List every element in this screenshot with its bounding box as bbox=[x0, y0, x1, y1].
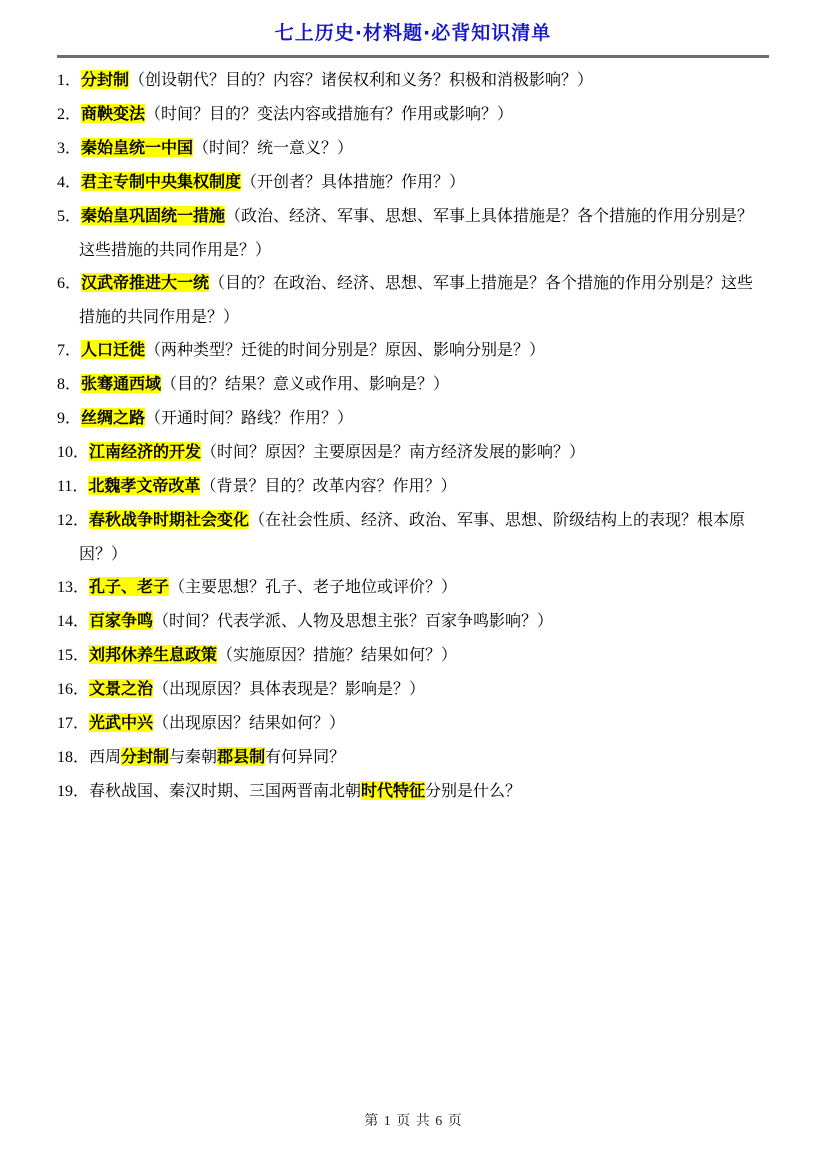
item-number: 9． bbox=[57, 410, 81, 427]
highlighted-term: 百家争鸣 bbox=[89, 611, 153, 630]
question-text: （背景？目的？改革内容？作用？） bbox=[200, 476, 456, 495]
list-item: 9．丝绸之路（开通时间？路线？作用？） bbox=[57, 401, 769, 435]
question-text: （创设朝代？目的？内容？诸侯权利和义务？积极和消极影响？） bbox=[129, 70, 593, 89]
list-item: 10．江南经济的开发（时间？原因？主要原因是？南方经济发展的影响？） bbox=[57, 435, 769, 469]
list-item: 8．张骞通西域（目的？结果？意义或作用、影响是？） bbox=[57, 367, 769, 401]
page-content: 七上历史·材料题·必背知识清单 1．分封制（创设朝代？目的？内容？诸侯权利和义务… bbox=[0, 0, 827, 808]
question-text: （出现原因？结果如何？） bbox=[153, 713, 345, 732]
highlighted-term: 汉武帝推进大一统 bbox=[81, 273, 209, 292]
highlighted-term: 分封制 bbox=[81, 70, 129, 89]
list-item: 16．文景之治（出现原因？具体表现是？影响是？） bbox=[57, 672, 769, 706]
question-text: （时间？原因？主要原因是？南方经济发展的影响？） bbox=[201, 442, 585, 461]
question-text: 分别是什么？ bbox=[425, 781, 521, 800]
highlighted-term: 江南经济的开发 bbox=[89, 442, 201, 461]
question-text: （目的？结果？意义或作用、影响是？） bbox=[161, 374, 449, 393]
item-number: 3． bbox=[57, 140, 81, 157]
list-item: 19．春秋战国、秦汉时期、三国两晋南北朝时代特征分别是什么？ bbox=[57, 774, 769, 808]
question-text: （时间？目的？变法内容或措施有？作用或影响？） bbox=[145, 104, 513, 123]
item-number: 1． bbox=[57, 72, 81, 89]
list-item: 5．秦始皇巩固统一措施（政治、经济、军事、思想、军事上具体措施是？各个措施的作用… bbox=[57, 199, 769, 266]
question-text: 有何异同？ bbox=[265, 747, 345, 766]
question-text: （时间？代表学派、人物及思想主张？百家争鸣影响？） bbox=[153, 611, 553, 630]
item-number: 12． bbox=[57, 512, 89, 529]
question-text: 西周 bbox=[89, 747, 121, 766]
list-item: 17．光武中兴（出现原因？结果如何？） bbox=[57, 706, 769, 740]
page-title: 七上历史·材料题·必背知识清单 bbox=[57, 20, 769, 46]
list-item: 13．孔子、老子（主要思想？孔子、老子地位或评价？） bbox=[57, 570, 769, 604]
highlighted-term: 秦始皇巩固统一措施 bbox=[81, 206, 225, 225]
highlighted-term: 刘邦休养生息政策 bbox=[89, 645, 217, 664]
item-number: 13． bbox=[57, 579, 89, 596]
question-text: （出现原因？具体表现是？影响是？） bbox=[153, 679, 425, 698]
list-item: 15．刘邦休养生息政策（实施原因？措施？结果如何？） bbox=[57, 638, 769, 672]
highlighted-term: 春秋战争时期社会变化 bbox=[89, 510, 249, 529]
highlighted-term: 商鞅变法 bbox=[81, 104, 145, 123]
item-number: 17． bbox=[57, 715, 89, 732]
item-number: 16． bbox=[57, 681, 89, 698]
list-item: 11．北魏孝文帝改革（背景？目的？改革内容？作用？） bbox=[57, 469, 769, 503]
list-item: 12．春秋战争时期社会变化（在社会性质、经济、政治、军事、思想、阶级结构上的表现… bbox=[57, 503, 769, 570]
question-text: （时间？统一意义？） bbox=[193, 138, 353, 157]
list-item: 7．人口迁徙（两种类型？迁徙的时间分别是？原因、影响分别是？） bbox=[57, 333, 769, 367]
highlighted-term: 分封制 bbox=[121, 747, 169, 766]
title-divider-rule bbox=[57, 55, 769, 58]
item-number: 10． bbox=[57, 444, 89, 461]
list-item: 2．商鞅变法（时间？目的？变法内容或措施有？作用或影响？） bbox=[57, 97, 769, 131]
question-text: 春秋战国、秦汉时期、三国两晋南北朝 bbox=[89, 781, 361, 800]
highlighted-term: 秦始皇统一中国 bbox=[81, 138, 193, 157]
item-number: 2． bbox=[57, 106, 81, 123]
list-item: 4．君主专制中央集权制度（开创者？具体措施？作用？） bbox=[57, 165, 769, 199]
item-number: 11． bbox=[57, 478, 88, 495]
item-number: 19． bbox=[57, 783, 89, 800]
item-number: 5． bbox=[57, 208, 81, 225]
item-number: 7． bbox=[57, 342, 81, 359]
item-number: 6． bbox=[57, 275, 81, 292]
highlighted-term: 君主专制中央集权制度 bbox=[81, 172, 241, 191]
question-text: （实施原因？措施？结果如何？） bbox=[217, 645, 457, 664]
highlighted-term: 郡县制 bbox=[217, 747, 265, 766]
list-item: 1．分封制（创设朝代？目的？内容？诸侯权利和义务？积极和消极影响？） bbox=[57, 63, 769, 97]
list-item: 3．秦始皇统一中国（时间？统一意义？） bbox=[57, 131, 769, 165]
item-number: 15． bbox=[57, 647, 89, 664]
document-page: 七上历史·材料题·必背知识清单 1．分封制（创设朝代？目的？内容？诸侯权利和义务… bbox=[0, 0, 827, 1169]
question-text: 与秦朝 bbox=[169, 747, 217, 766]
highlighted-term: 丝绸之路 bbox=[81, 408, 145, 427]
highlighted-term: 张骞通西域 bbox=[81, 374, 161, 393]
question-list: 1．分封制（创设朝代？目的？内容？诸侯权利和义务？积极和消极影响？）2．商鞅变法… bbox=[57, 63, 769, 808]
list-item: 14．百家争鸣（时间？代表学派、人物及思想主张？百家争鸣影响？） bbox=[57, 604, 769, 638]
highlighted-term: 北魏孝文帝改革 bbox=[88, 476, 200, 495]
item-number: 8． bbox=[57, 376, 81, 393]
highlighted-term: 人口迁徙 bbox=[81, 340, 145, 359]
highlighted-term: 孔子、老子 bbox=[89, 577, 169, 596]
question-text: （两种类型？迁徙的时间分别是？原因、影响分别是？） bbox=[145, 340, 545, 359]
item-number: 4． bbox=[57, 174, 81, 191]
question-text: （开通时间？路线？作用？） bbox=[145, 408, 353, 427]
item-number: 14． bbox=[57, 613, 89, 630]
question-text: （开创者？具体措施？作用？） bbox=[241, 172, 465, 191]
item-number: 18． bbox=[57, 749, 89, 766]
list-item: 18．西周分封制与秦朝郡县制有何异同？ bbox=[57, 740, 769, 774]
highlighted-term: 时代特征 bbox=[361, 781, 425, 800]
highlighted-term: 光武中兴 bbox=[89, 713, 153, 732]
page-number-footer: 第 1 页 共 6 页 bbox=[0, 1112, 827, 1132]
question-text: （主要思想？孔子、老子地位或评价？） bbox=[169, 577, 457, 596]
highlighted-term: 文景之治 bbox=[89, 679, 153, 698]
list-item: 6．汉武帝推进大一统（目的？在政治、经济、思想、军事上措施是？各个措施的作用分别… bbox=[57, 266, 769, 333]
